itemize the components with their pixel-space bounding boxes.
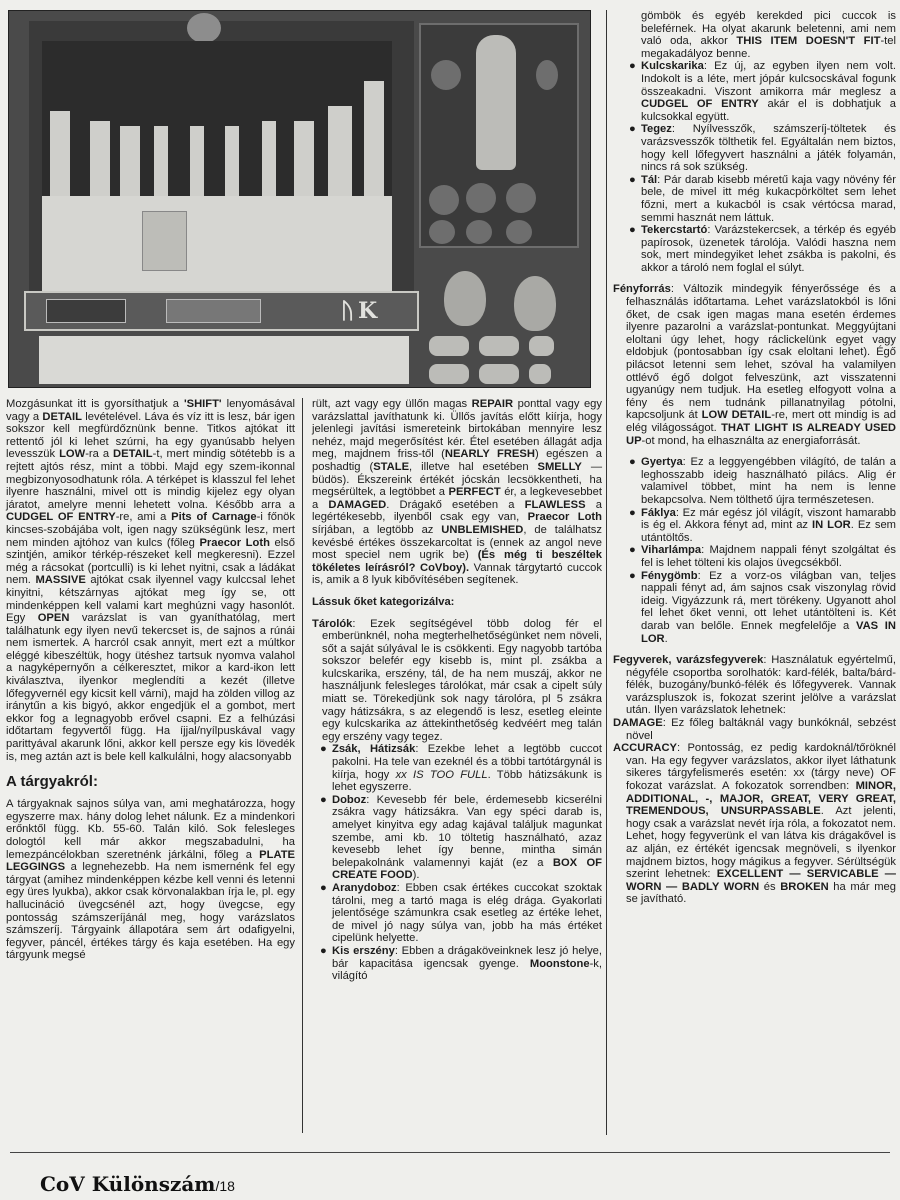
inventory-slot: [466, 220, 492, 244]
sword-icon: [431, 60, 461, 90]
bullet-icon: ●: [629, 544, 636, 557]
list-item: ●Fáklya: Ez már egész jól világít, viszo…: [613, 507, 896, 545]
bullet-icon: ●: [629, 456, 636, 469]
rune-bar: ᚢK: [24, 291, 419, 331]
inventory-slot: [506, 183, 536, 213]
mana-flask-icon: [514, 276, 556, 331]
subsection-heading: Lássuk őket kategorizálva:: [312, 596, 602, 609]
list-item: ●Tegez: Nyílvesszők, számszeríj-töltetek…: [613, 123, 896, 173]
list-item: ●Doboz: Kevesebb fér bele, érdemesebb ki…: [312, 794, 602, 882]
paragraph: rült, azt vagy egy üllőn magas REPAIR po…: [312, 398, 602, 587]
bullet-icon: ●: [320, 882, 327, 895]
bullet-icon: ●: [629, 60, 636, 73]
section-heading: A tárgyakról:: [6, 773, 295, 790]
hand-icon: [479, 336, 519, 356]
column-divider: [302, 398, 303, 1133]
bullet-icon: ●: [629, 174, 636, 187]
inventory-slot: [429, 220, 455, 244]
magazine-title: CoV Különszám: [40, 1172, 215, 1196]
inventory-slot: [429, 185, 459, 215]
category-paragraph: Fegyverek, varázsfegyverek: Használatuk …: [613, 654, 896, 717]
bullet-icon: ●: [320, 945, 327, 958]
bullet-icon: ●: [629, 123, 636, 136]
attack-sword-icon: [429, 336, 469, 356]
chest-object: [142, 211, 187, 271]
rune-slot: [46, 299, 126, 323]
bullet-icon: ●: [629, 507, 636, 520]
dungeon-floor: [42, 196, 392, 291]
game-screenshot: ᚢK: [8, 10, 591, 388]
list-item: ●Tekercstartó: Varázstekercsek, a térkép…: [613, 224, 896, 274]
magazine-page: ᚢK Mozgásunkat itt is gyorsíthatju: [0, 0, 900, 1200]
spell-flame-icon: [529, 336, 554, 356]
category-paragraph: DAMAGE: Ez főleg baltáknál vagy bunkókná…: [613, 717, 896, 742]
mouth-icon: [429, 364, 469, 384]
footer-rule: [10, 1152, 890, 1153]
inventory-panel: [419, 23, 579, 248]
list-item: ●Viharlámpa: Majdnem nappali fényt szolg…: [613, 544, 896, 569]
health-flask-icon: [444, 271, 486, 326]
paragraph: gömbök és egyéb kerekded pici cuccok is …: [613, 10, 896, 60]
character-armor-icon: [476, 35, 516, 170]
ring-icon: [529, 364, 551, 384]
text-column-1: Mozgásunkat itt is gyorsíthatjuk a 'SHIF…: [6, 398, 295, 962]
page-number: /18: [215, 1178, 234, 1194]
column-divider: [606, 10, 607, 1135]
bullet-icon: ●: [629, 224, 636, 237]
category-paragraph: ACCURACY: Pontosság, ez pedig kardoknál/…: [613, 742, 896, 906]
action-icons: [429, 336, 579, 386]
list-item: ●Tál: Pár darab kisebb méretű kaja vagy …: [613, 174, 896, 224]
list-item: ●Fénygömb: Ez a vorz-os világban van, te…: [613, 570, 896, 646]
list-item: ●Gyertya: Ez a leggyengébben világító, d…: [613, 456, 896, 506]
page-footer: CoV Különszám/18: [40, 1172, 235, 1196]
shield-icon: [536, 60, 558, 90]
text-column-3: gömbök és egyéb kerekded pici cuccok is …: [613, 10, 896, 906]
text-column-2: rült, azt vagy egy üllőn magas REPAIR po…: [312, 398, 602, 983]
paragraph: Mozgásunkat itt is gyorsíthatjuk a 'SHIF…: [6, 398, 295, 763]
inventory-slot: [506, 220, 532, 244]
paragraph: A tárgyaknak sajnos súlya van, ami megha…: [6, 798, 295, 962]
bullet-icon: ●: [320, 794, 327, 807]
list-item: ●Kulcskarika: Ez új, az egyben ilyen nem…: [613, 60, 896, 123]
bullet-icon: ●: [320, 743, 327, 756]
inventory-slot: [466, 183, 496, 213]
eye-icon: [479, 364, 519, 384]
category-paragraph: Tárolók: Ezek segítségével több dolog fé…: [312, 618, 602, 744]
list-item: ●Zsák, Hátizsák: Ezekbe lehet a legtöbb …: [312, 743, 602, 793]
dungeon-view: [42, 41, 392, 291]
list-item: ●Kis erszény: Ebben a drágaköveinknek le…: [312, 945, 602, 983]
category-paragraph: Fényforrás: Változik mindegyik fényerőss…: [613, 283, 896, 447]
message-area: [39, 336, 409, 384]
gargoyle-ornament-icon: [187, 13, 221, 43]
compass-icon: [166, 299, 261, 323]
bullet-icon: ●: [629, 570, 636, 583]
rune-display: ᚢK: [331, 299, 391, 323]
list-item: ●Aranydoboz: Ebben csak értékes cuccokat…: [312, 882, 602, 945]
